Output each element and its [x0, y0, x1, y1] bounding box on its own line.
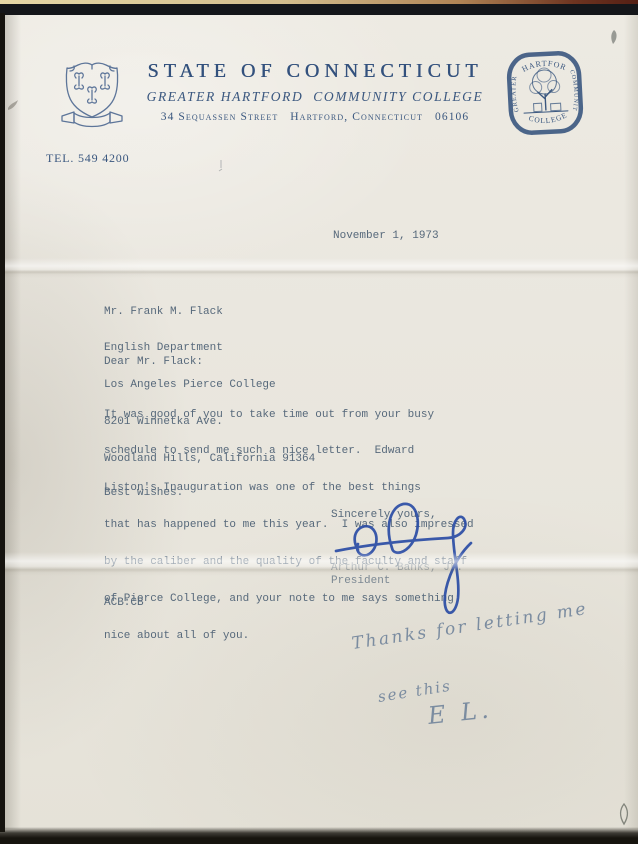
paper-shadow-right — [624, 15, 638, 829]
paper-shadow-left — [5, 15, 21, 829]
closing-line: Best wishes. — [104, 487, 183, 499]
salutation: Dear Mr. Flack: — [104, 356, 203, 368]
letterhead-college-line: GREATER HARTFORD COMMUNITY COLLEGE — [135, 89, 495, 105]
fold-crease-upper — [5, 258, 638, 278]
recipient-line: English Department — [104, 342, 315, 354]
letterhead-street-line: 34 Sequassen Street Hartford, Connecticu… — [135, 111, 495, 123]
recipient-line: Mr. Frank M. Flack — [104, 306, 315, 318]
typist-initials: ACB:CB — [104, 597, 144, 609]
telephone-number: TEL. 549 4200 — [46, 151, 129, 166]
connecticut-crest-icon — [60, 60, 124, 128]
scan-edge-bottom — [0, 827, 638, 844]
scan-speck-center — [216, 159, 226, 175]
letter-date: November 1, 1973 — [333, 230, 439, 242]
signature — [330, 498, 520, 628]
scan-speck-top-right — [604, 28, 622, 48]
scan-speck-left-edge — [6, 98, 20, 112]
letterhead-state-line: STATE OF CONNECTICUT — [135, 60, 495, 83]
scanned-letter-page: TEL. 549 4200 STATE OF CONNECTICUT GREAT… — [0, 0, 638, 844]
handwritten-initials: E L. — [427, 695, 494, 730]
body-line: schedule to send me such a nice letter. … — [104, 445, 474, 457]
college-seal-icon: HARTFORD COLLEGE GREATER COMMUNITY — [503, 47, 587, 139]
scan-speck-bottom-right — [617, 803, 631, 825]
body-line: It was good of you to take time out from… — [104, 409, 474, 421]
scan-edge-top-strip — [0, 0, 638, 4]
